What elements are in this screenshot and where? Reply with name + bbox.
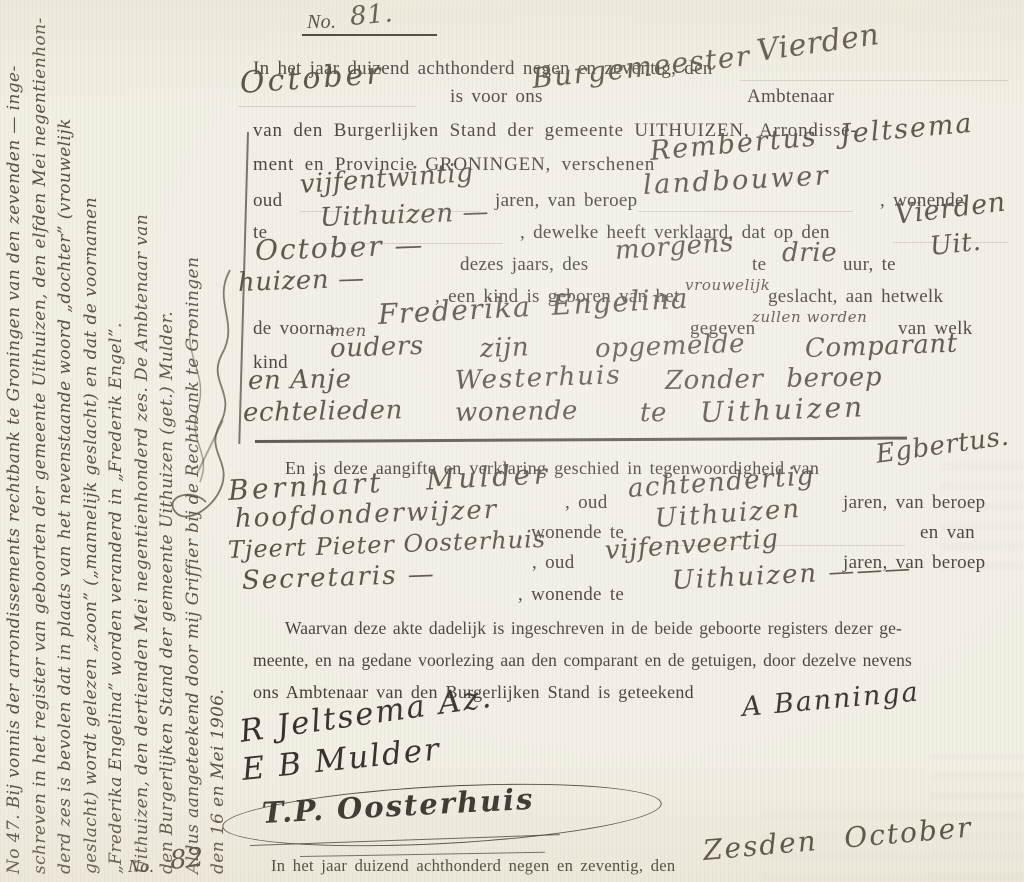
printed-text: geslacht, aan hetwelk [768,286,943,308]
printed-text: is voor ons [450,86,543,108]
witness1-firstname: Egbertus. [874,421,1011,469]
entry-child-gender: vrouwelijk [685,276,770,294]
next-record-number-label: No. [128,856,154,877]
entry-marital-status: echtelieden [243,395,403,428]
entry-birth-month: October — [254,228,425,267]
margin-annotation-line: schreven in het register van geboorten d… [28,36,54,874]
entry-parents-phrase: Comparant [804,329,958,364]
entry-official-title: Burgemeester [530,39,752,95]
entry-mother-surname: Westerhuis [454,360,622,396]
birth-record-page: No 47. Bij vonnis der arrondissements re… [0,0,1024,882]
margin-annotation-line: No 47. Bij vonnis der arrondissements re… [2,36,28,874]
entry-parents-phrase: opgemelde [594,329,745,364]
printed-text: Ambtenaar [747,86,834,108]
heading-underline [302,34,437,36]
margin-annotation-line: geslacht) wordt gelezen „zoon” („manneli… [79,36,105,874]
entry-rule [238,106,416,107]
entry-parents-phrase: zijn [479,332,529,364]
record-number: 81. [349,0,395,32]
entry-rule [638,211,853,212]
signature-official: A Banninga [741,677,921,723]
printed-text: , wonende te [518,584,624,606]
entry-declarant-residence: Uithuizen — [319,197,489,233]
printed-text: jaren, van beroep [843,492,985,514]
printed-text: jaren, van beroep [495,190,637,212]
entry-inserted-words: zullen worden [752,308,867,326]
printed-text: oud [253,190,282,212]
printed-text: dezes jaars, des [460,254,588,276]
margin-annotation-line: derd zes is bevolen dat in plaats van he… [53,36,79,874]
entry-day: Vierden [755,17,882,69]
next-record-number: 82 [168,842,205,875]
entry-birthplace-part1: Uit. [928,227,982,262]
printed-text: , oud [532,552,575,574]
entry-residence-phrase: te [640,398,667,428]
closing-text: meente, en na gedane voorlezing aan den … [253,650,912,671]
entry-rule [740,80,1008,81]
next-record-date-entry: Zesden October [702,810,974,866]
entry-mother-firstname: en Anje [248,364,352,396]
entry-child-names: Frederika Engelina [377,282,690,331]
entry-residence-phrase: wonende [455,396,579,428]
witness2-age: vijfenveertig [604,524,780,566]
printed-text: en van [920,522,975,544]
entry-parents-residence: Uithuizen [699,390,865,429]
entry-hour: drie [782,238,837,268]
witness2-residence: Uithuizen ——— [671,553,913,596]
margin-annotation-line: „Frederika Engelina” worden veranderd in… [104,36,130,874]
printed-text: uur, te [843,254,896,276]
printed-text: de voorna [253,318,334,340]
closing-text: Waarvan deze akte dadelijk is ingeschrev… [285,618,902,639]
entry-declarant-occupation: landbouwer [642,160,831,201]
printed-text: te [752,254,766,276]
witness2-occupation: Secretaris — [241,559,436,596]
record-number-label: No. [307,11,336,34]
section-divider [255,437,907,443]
entry-birthplace-part2: huizen — [237,264,365,298]
entry-parents-phrase: ouders [329,331,424,364]
entry-declarant-name: Rembertus Jeltsema [649,108,975,167]
next-record-opening: In het jaar duizend achthonderd negen en… [271,856,675,876]
printed-text: , oud [565,492,608,514]
